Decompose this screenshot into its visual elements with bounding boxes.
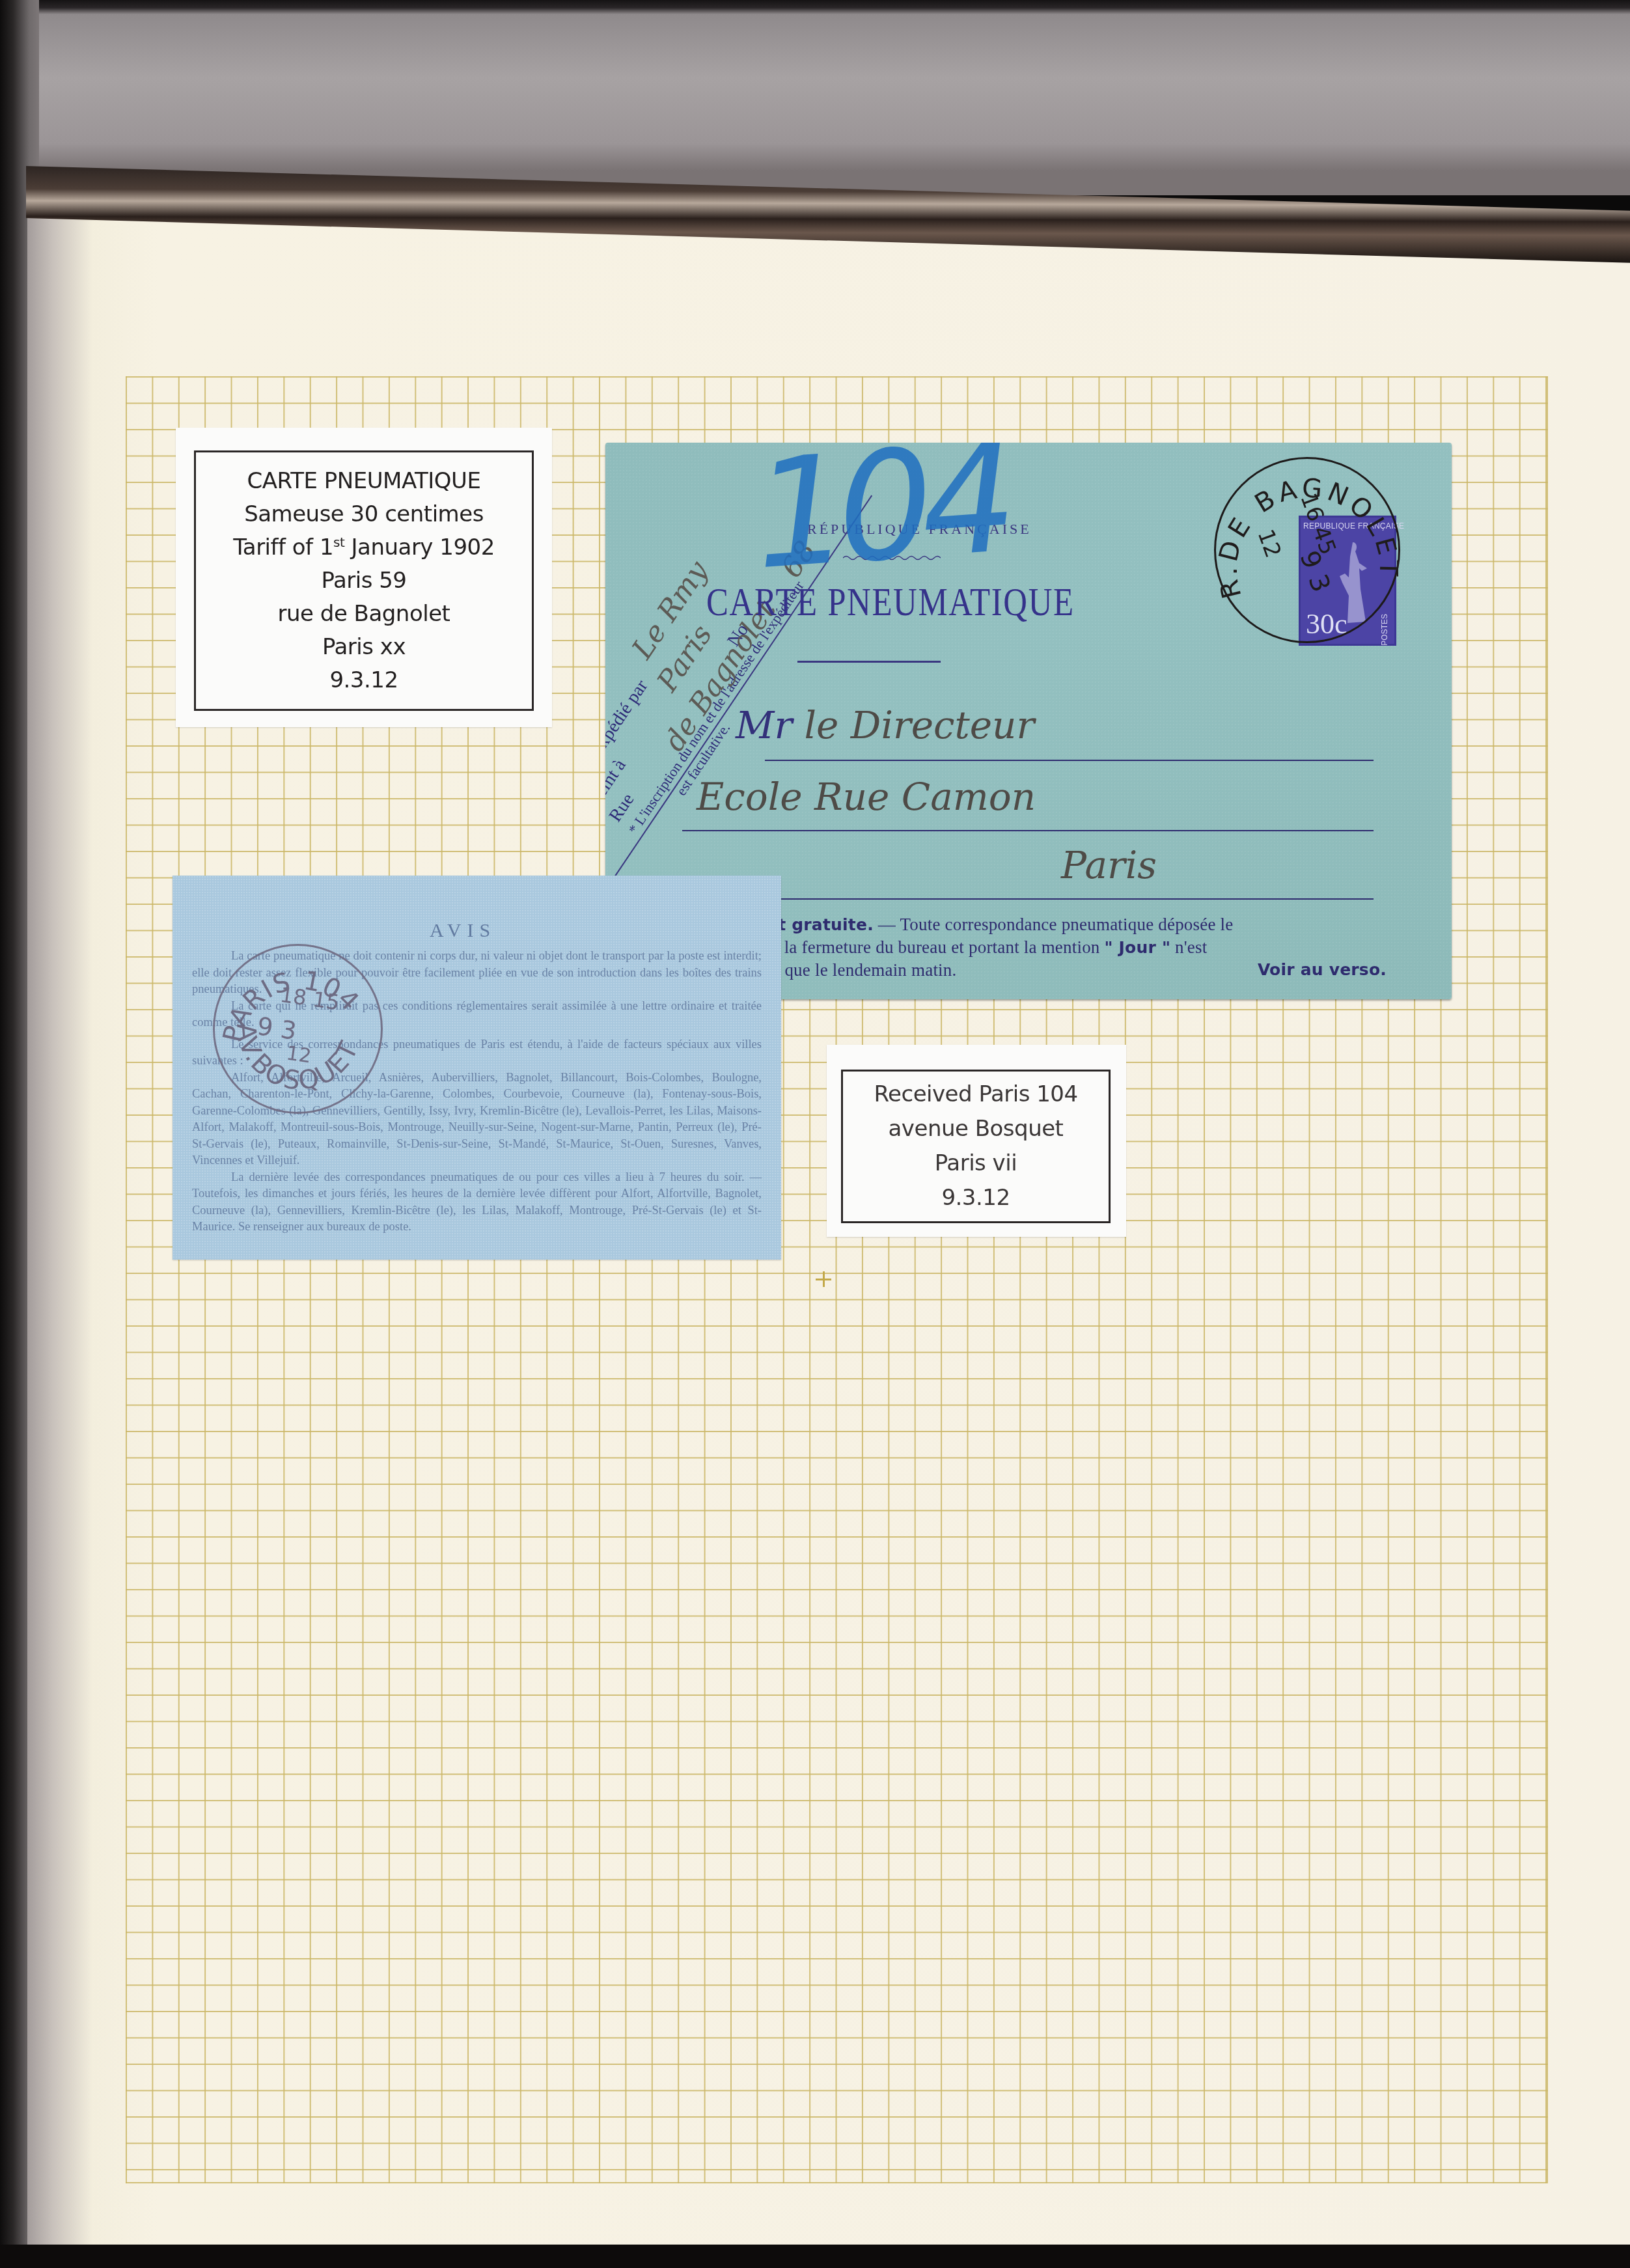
label-received-arrondissement: Paris vii — [935, 1146, 1017, 1181]
title-rule — [797, 661, 941, 663]
avis-card-reverse: AVIS La carte pneumatique ne doit conten… — [173, 876, 781, 1260]
receiver-description-label: Received Paris 104 avenue Bosquet Paris … — [827, 1045, 1126, 1237]
postmark-paris-104: PARIS 104 AV.BOSQUET 18 15 9 3 12 — [213, 944, 383, 1114]
label-received-date: 9.3.12 — [941, 1181, 1010, 1215]
address-line-2: Ecole Rue Camon — [697, 775, 1036, 819]
footer-jour: " Jour " — [1104, 938, 1170, 957]
postmark2-year: 12 — [285, 1042, 313, 1068]
sender-description-label: CARTE PNEUMATIQUE Sameuse 30 centimes Ta… — [176, 428, 552, 727]
address-line-3: Paris — [1061, 843, 1157, 887]
footer-text-1: — Toute correspondance pneumatique dépos… — [874, 915, 1234, 934]
receiver-description-box: Received Paris 104 avenue Bosquet Paris … — [841, 1070, 1111, 1223]
avis-paragraph-5: La dernière levée des correspondances pn… — [192, 1170, 762, 1236]
label-title: CARTE PNEUMATIQUE — [247, 465, 481, 498]
address-rule-1 — [765, 760, 1374, 761]
postmark-paris-59: R.DE BAGNOLET PARIS 59 16 45 9 3 12 — [1214, 457, 1400, 643]
address-line-1: Mr le Directeur — [736, 703, 1034, 747]
footer-text-2b: n'est — [1170, 937, 1207, 957]
footer-voir-au-verso: Voir au verso. — [1258, 959, 1387, 981]
address-title: Mr — [736, 703, 792, 747]
postmark-ring-text: R.DE BAGNOLET PARIS 59 — [1216, 459, 1398, 641]
label-origin-arrondissement: Paris xx — [322, 631, 406, 664]
routing-number-pencil: 104 — [749, 443, 1011, 603]
label-origin-street: rue de Bagnolet — [278, 598, 450, 631]
label-date: 9.3.12 — [329, 664, 398, 697]
label-tariff: Tariff of 1st January 1902 — [233, 531, 495, 564]
address-rule-2 — [682, 830, 1374, 831]
scanner-background-bottom — [0, 2245, 1630, 2268]
label-received-office: Received Paris 104 — [874, 1077, 1077, 1112]
sender-description-box: CARTE PNEUMATIQUE Sameuse 30 centimes Ta… — [194, 450, 534, 711]
postmark2-date: 9 3 — [255, 1012, 298, 1045]
tariff-prefix: Tariff of 1 — [233, 534, 333, 560]
label-stamp-type: Sameuse 30 centimes — [244, 498, 484, 531]
scanner-background-top — [0, 0, 1630, 195]
label-received-street: avenue Bosquet — [889, 1112, 1064, 1146]
label-origin-office: Paris 59 — [321, 564, 406, 598]
postmark2-ring-text: PARIS 104 AV.BOSQUET — [215, 946, 381, 1112]
center-registration-mark — [816, 1271, 831, 1287]
tariff-suffix: January 1902 — [344, 534, 495, 560]
address-recipient: le Directeur — [805, 703, 1035, 747]
avis-title: AVIS — [430, 920, 496, 942]
address-rule-3 — [682, 898, 1374, 900]
tariff-ordinal: st — [333, 534, 344, 549]
